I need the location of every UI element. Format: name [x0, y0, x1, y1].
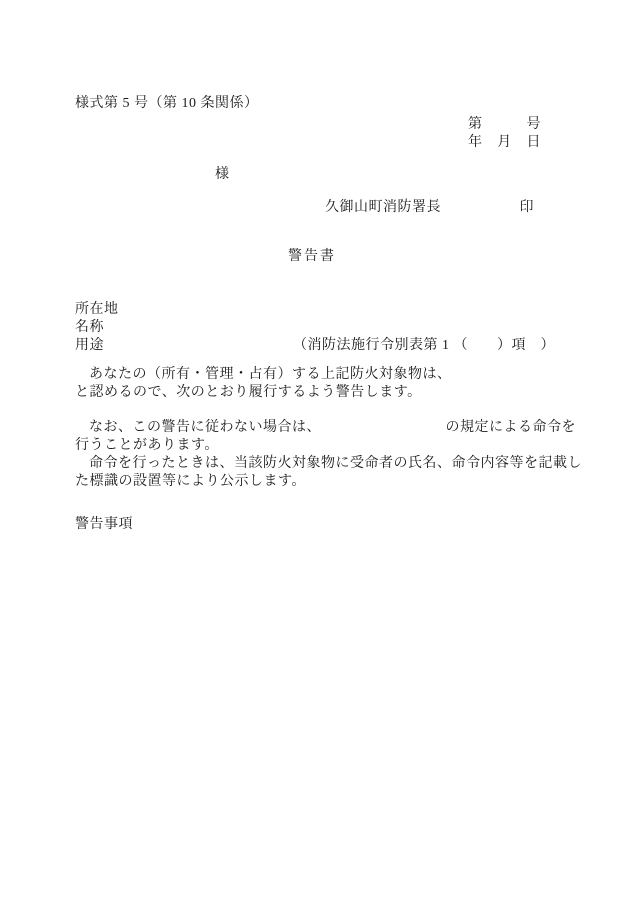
location-field-label: 所在地 [75, 301, 119, 319]
body-para2-line1-after: の規定による命令を [446, 419, 577, 437]
body-para3-line1: 命令を行ったときは、当該防火対象物に受命者の氏名、命令内容等を記載し [75, 455, 582, 473]
body-para3-line2: た標識の設置等により公示します。 [75, 473, 306, 491]
document-number-line: 第 号 [468, 116, 541, 134]
issuer-line: 久御山町消防署長 印 [325, 199, 534, 217]
legal-provision-blank [321, 419, 446, 437]
issuer-seal-placeholder: 印 [520, 199, 535, 217]
date-month-label: 月 [497, 134, 512, 152]
body-para1-line2: と認めるので、次のとおり履行するよう警告します。 [75, 384, 422, 402]
doc-number-prefix: 第 [468, 116, 483, 134]
name-field-label: 名称 [75, 319, 104, 337]
addressee-honorific: 様 [215, 166, 230, 184]
date-line: 年 月 日 [468, 134, 541, 152]
doc-number-blank [483, 116, 527, 134]
warning-items-label: 警告事項 [75, 516, 133, 534]
body-para2-line1: なお、この警告に従わない場合は、 の規定による命令を [75, 419, 576, 437]
form-number: 様式第 5 号（第 10 条関係） [75, 95, 259, 113]
document-title: 警告書 [288, 248, 336, 266]
body-para2-line1-before: なお、この警告に従わない場合は、 [75, 419, 321, 437]
use-field-label: 用途 [75, 337, 104, 355]
doc-number-suffix: 号 [527, 116, 542, 134]
date-year-label: 年 [468, 134, 483, 152]
use-field-note: （消防法施行令別表第 1 （ ）項 ） [293, 337, 555, 355]
body-para2-line2: 行うことがあります。 [75, 437, 219, 455]
issuer-title: 久御山町消防署長 [325, 199, 441, 217]
body-para1-line1: あなたの（所有・管理・占有）する上記防火対象物は、 [75, 366, 452, 384]
date-day-label: 日 [527, 134, 542, 152]
warning-form-page: 様式第 5 号（第 10 条関係） 第 号 年 月 日 様 久御山町消防署長 印… [0, 0, 630, 903]
